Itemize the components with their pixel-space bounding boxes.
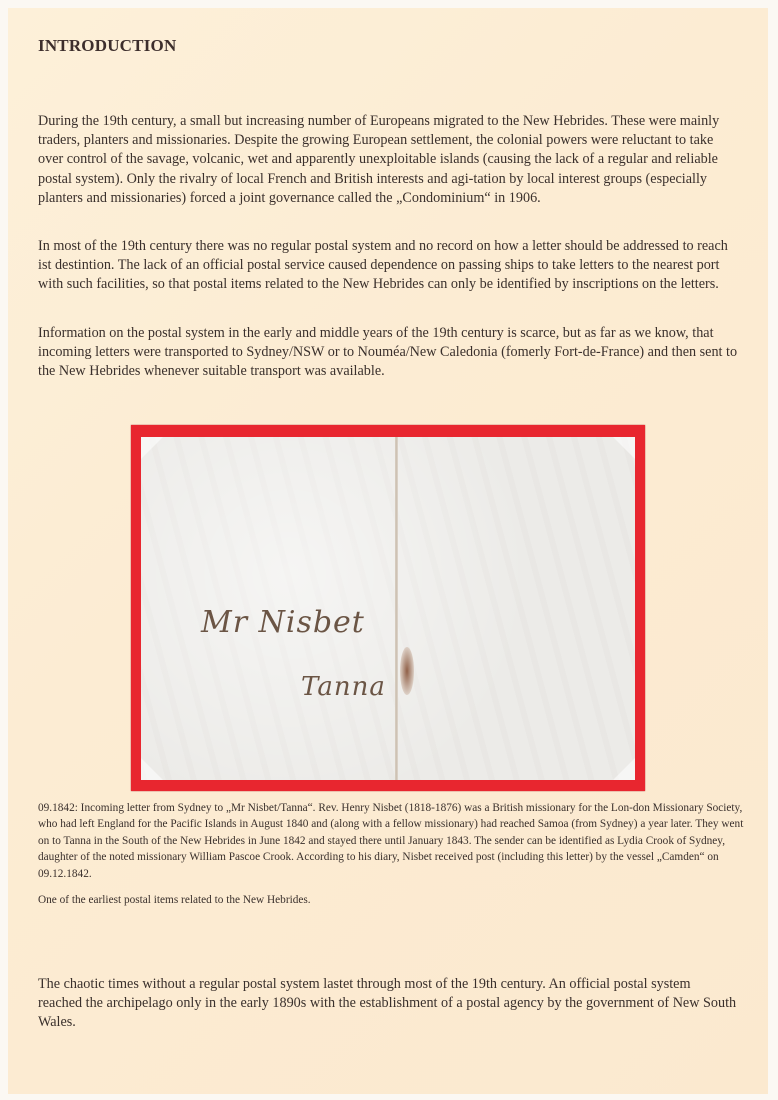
seal-stain [400, 647, 414, 695]
intro-paragraph-2: In most of the 19th century there was no… [38, 237, 738, 295]
handwritten-address-name: Mr Nisbet [201, 605, 365, 640]
handwritten-address-place: Tanna [301, 672, 386, 702]
photo-corner-icon [141, 437, 163, 459]
photo-corner-icon [613, 437, 635, 459]
photo-corner-icon [613, 758, 635, 780]
album-page: INTRODUCTION During the 19th century, a … [8, 8, 768, 1094]
closing-paragraph: The chaotic times without a regular post… [38, 975, 738, 1033]
exhibit-caption: 09.1842: Incoming letter from Sydney to … [38, 800, 748, 882]
exhibit-mount: Mr Nisbet Tanna [131, 425, 645, 791]
exhibit-note: One of the earliest postal items related… [38, 892, 748, 908]
page-title: INTRODUCTION [38, 36, 176, 56]
photo-corner-icon [141, 758, 163, 780]
intro-paragraph-1: During the 19th century, a small but inc… [38, 112, 738, 208]
letter-image: Mr Nisbet Tanna [141, 437, 635, 780]
letter-fold [395, 437, 398, 780]
intro-paragraph-3: Information on the postal system in the … [38, 324, 738, 382]
